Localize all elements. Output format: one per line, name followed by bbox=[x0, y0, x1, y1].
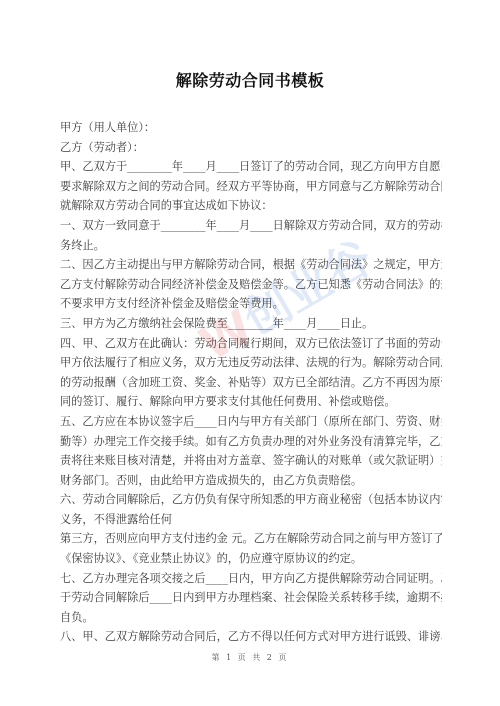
clause-8-line: 八、甲、乙双方解除劳动合同后，乙方不得以任何方式对甲方进行诋毁、诽谤、恶意 bbox=[60, 627, 442, 647]
clause-7-line: 自负。 bbox=[60, 608, 442, 628]
clause-4-line: 四、甲、乙双方在此确认：劳动合同履行期间，双方已依法签订了书面的劳动合同， bbox=[60, 334, 442, 354]
clause-6-line: 义务，不得泄露给任何 bbox=[60, 510, 442, 530]
party-a-line: 甲方（用人单位）： bbox=[60, 118, 442, 138]
paragraph-line: 就解除双方劳动合同的事宜达成如下协议： bbox=[60, 196, 442, 216]
clause-5-line: 五、乙方应在本协议签字后____日内与甲方有关部门（原所在部门、劳资、财务、后 bbox=[60, 412, 442, 432]
party-b-line: 乙方（劳动者）： bbox=[60, 138, 442, 158]
clause-4-line: 同的签订、履行、解除向甲方要求支付其他任何费用、补偿或赔偿。 bbox=[60, 392, 442, 412]
clause-3-line: 三、甲方为乙方缴纳社会保险费至________年____月____日止。 bbox=[60, 314, 442, 334]
clause-4-line: 的劳动报酬（含加班工资、奖金、补贴等）双方已全部结清。乙方不再因为原劳动合 bbox=[60, 373, 442, 393]
clause-6-line: 第三方，否则应向甲方支付违约金 元。乙方在解除劳动合同之前与甲方签订了 bbox=[60, 529, 442, 549]
clause-2-line: 乙方支付解除劳动合同经济补偿金及赔偿金等。乙方已知悉《劳动合同法》的规定， bbox=[60, 275, 442, 295]
clause-1-line: 务终止。 bbox=[60, 236, 442, 256]
clause-4-line: 甲方依法履行了相应义务，双方无违反劳动法律、法规的行为。解除劳动合同之日前 bbox=[60, 353, 442, 373]
paragraph-line: 要求解除双方之间的劳动合同。经双方平等协商，甲方同意与乙方解除劳动合同，并 bbox=[60, 177, 442, 197]
clause-5-line: 财务部门。否则，由此给甲方造成损失的，由乙方负责赔偿。 bbox=[60, 471, 442, 491]
clause-7-line: 于劳动合同解除后____日内到甲方办理档案、社会保险关系转移手续，逾期不办责任 bbox=[60, 588, 442, 608]
clause-5-line: 勤等）办理完工作交接手续。如有乙方负责办理的对外业务没有清算完毕，乙方应负 bbox=[60, 432, 442, 452]
clause-6-line: 《保密协议》、《竞业禁止协议》的，仍应遵守原协议的约定。 bbox=[60, 549, 442, 569]
clause-1-line: 一、双方一致同意于________年____月____日解除双方劳动合同，双方的… bbox=[60, 216, 442, 236]
paragraph-line: 甲、乙双方于________年____月____日签订了的劳动合同，现乙方向甲方… bbox=[60, 157, 442, 177]
clause-2-line: 不要求甲方支付经济补偿金及赔偿金等费用。 bbox=[60, 294, 442, 314]
document-body: 甲方（用人单位）： 乙方（劳动者）： 甲、乙双方于________年____月_… bbox=[60, 118, 442, 647]
clause-7-line: 七、乙方办理完各项交接之后____日内，甲方向乙方提供解除劳动合同证明。乙方应 bbox=[60, 569, 442, 589]
document-title: 解除劳动合同书模板 bbox=[0, 68, 500, 91]
clause-5-line: 责将往来账目核对清楚，并将由对方盖章、签字确认的对账单（或欠款证明）交甲方 bbox=[60, 451, 442, 471]
clause-6-line: 六、劳动合同解除后，乙方仍负有保守所知悉的甲方商业秘密（包括本协议内容）的 bbox=[60, 490, 442, 510]
clause-2-line: 二、因乙方主动提出与甲方解除劳动合同，根据《劳动合同法》之规定，甲方无需向 bbox=[60, 255, 442, 275]
page-footer: 第 1 页 共 2 页 bbox=[0, 652, 500, 663]
